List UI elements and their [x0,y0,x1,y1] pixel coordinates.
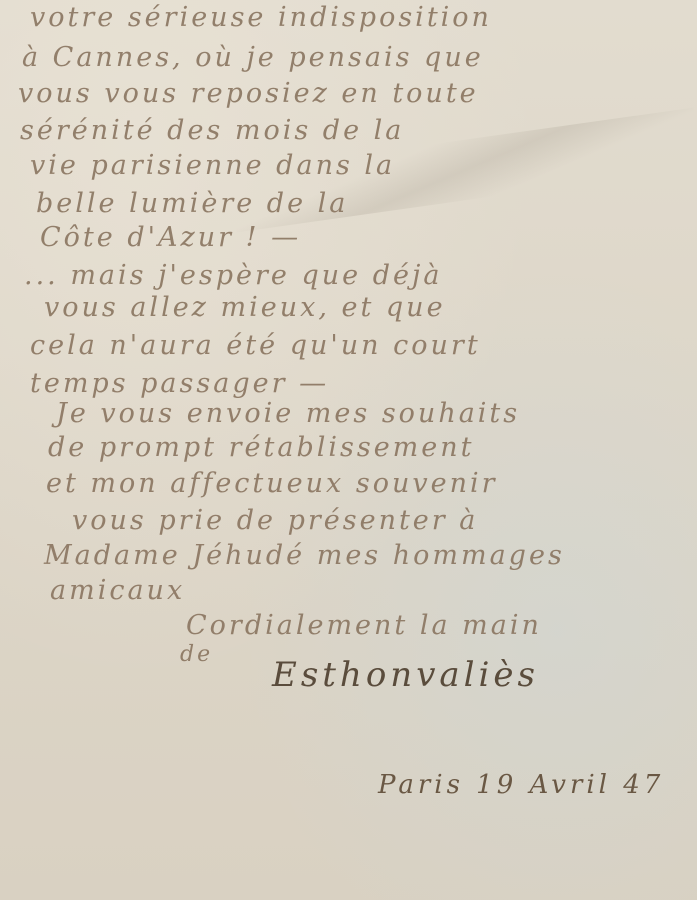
letter-line: vie parisienne dans la [30,150,395,181]
letter-line: Cordialement la main [186,610,542,641]
letter-line: de prompt rétablissement [48,432,475,463]
letter-line: et mon affectueux souvenir [46,468,498,499]
letter-line: vous prie de présenter à [72,505,478,536]
letter-line: Madame Jéhudé mes hommages [44,540,565,571]
letter-line: votre sérieuse indisposition [30,2,492,33]
signature: Esthonvaliès [272,655,539,695]
letter-line: belle lumière de la [36,188,348,219]
letter-line: de [180,642,213,667]
letter-line: vous vous reposiez en toute [18,78,479,109]
date-line: Paris 19 Avril 47 [378,770,664,800]
letter-page: votre sérieuse indisposition à Cannes, o… [0,0,697,900]
letter-line: amicaux [50,575,185,606]
letter-line: Je vous envoie mes souhaits [56,398,520,429]
letter-line: à Cannes, où je pensais que [22,42,484,73]
letter-line: sérénité des mois de la [20,115,404,146]
letter-line: cela n'aura été qu'un court [30,330,481,361]
letter-line: temps passager — [30,368,329,399]
letter-line: vous allez mieux, et que [44,292,446,323]
letter-line: Côte d'Azur ! — [40,222,301,253]
letter-line: ... mais j'espère que déjà [24,260,442,291]
